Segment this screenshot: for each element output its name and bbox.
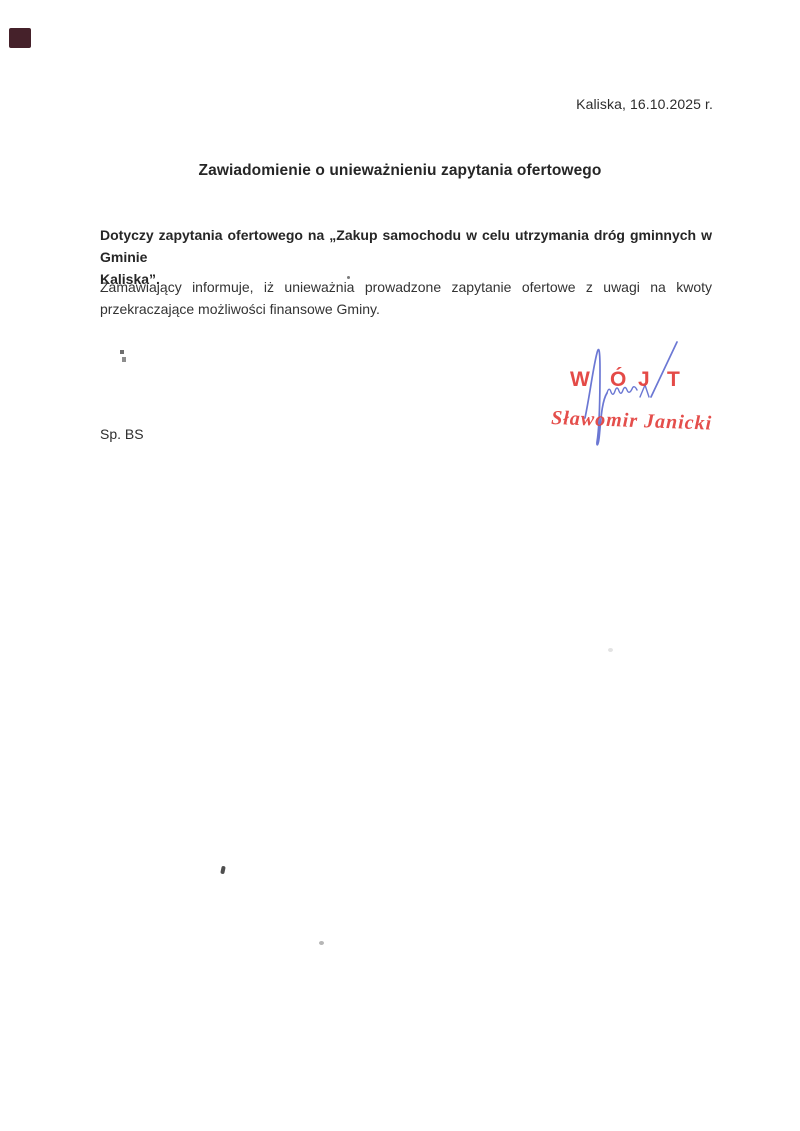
scan-artifact-dot — [120, 350, 124, 354]
paragraph-body-line1: Zamawiający informuje, iż unieważnia pro… — [100, 276, 712, 298]
mayor-stamp-and-signature: W Ó J T Sławomir Janicki — [540, 330, 800, 450]
scanned-document-page: Kaliska, 16.10.2025 r. Zawiadomienie o u… — [0, 0, 800, 1131]
paragraph-body: Zamawiający informuje, iż unieważnia pro… — [100, 276, 712, 320]
stamp-signer-name: Sławomir Janicki — [551, 407, 713, 435]
scan-artifact-dot — [122, 357, 126, 362]
paragraph-body-line2: przekraczające możliwości finansowe Gmin… — [100, 298, 712, 320]
stamp-signature-graphic: W Ó J T Sławomir Janicki — [540, 330, 800, 450]
scan-artifact-dot — [608, 648, 613, 652]
stamp-letter: T — [667, 368, 680, 391]
stamp-letter: Ó — [610, 367, 626, 391]
stamp-letter: J — [638, 368, 650, 391]
stamp-letter: W — [570, 368, 590, 391]
scan-artifact-dot — [319, 941, 324, 945]
date-line: Kaliska, 16.10.2025 r. — [576, 96, 713, 112]
footer-initials: Sp. BS — [100, 426, 144, 442]
document-title: Zawiadomienie o unieważnieniu zapytania … — [0, 162, 800, 180]
scan-corner-mark — [9, 28, 31, 48]
paragraph-subject-line1: Dotyczy zapytania ofertowego na „Zakup s… — [100, 224, 712, 268]
scan-artifact-dot — [220, 866, 226, 875]
scan-artifact-dot — [347, 276, 350, 279]
